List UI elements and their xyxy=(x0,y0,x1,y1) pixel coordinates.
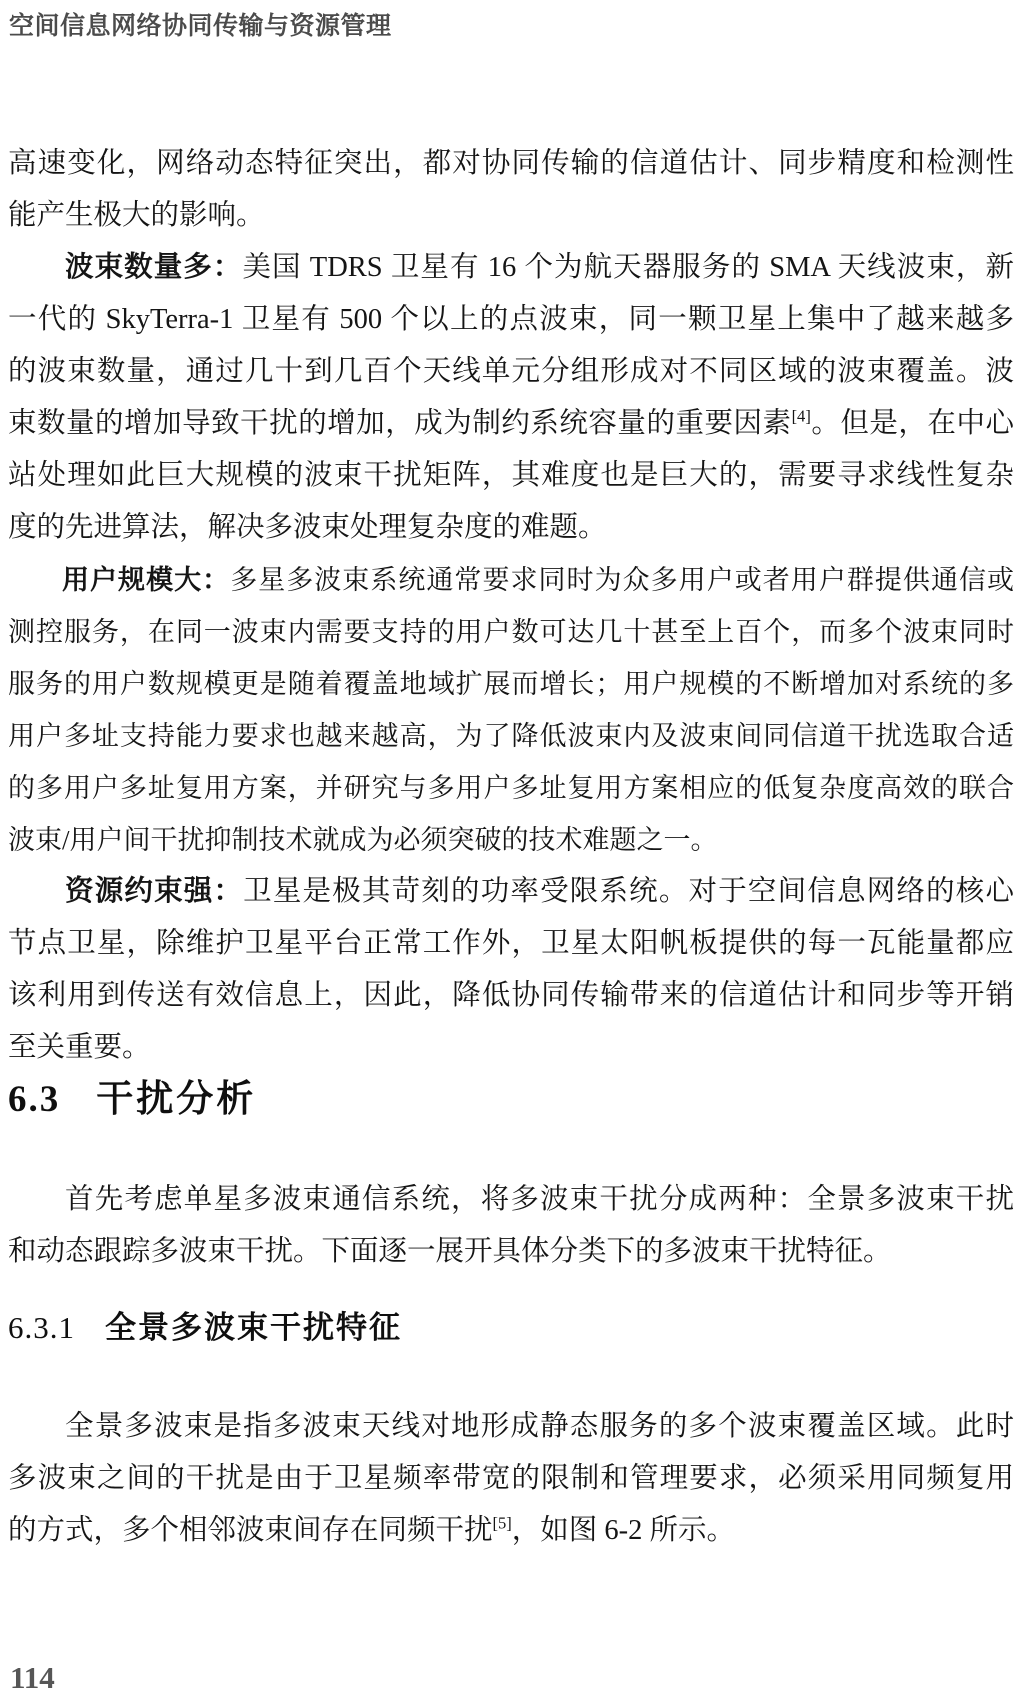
text-line: 服务的用户数规模更是随着覆盖地域扩展而增长；用户规模的不断增加对系统的多 xyxy=(8,658,1014,710)
paragraph-p3: 用户规模大：多星多波束系统通常要求同时为众多用户或者用户群提供通信或测控服务，在… xyxy=(8,554,1014,866)
text-segment: 节点卫星，除维护卫星平台正常工作外，卫星太阳帆板提供的每一瓦能量都应 xyxy=(8,928,1014,959)
page-number: 114 xyxy=(10,1660,55,1696)
text-line: 波束/用户间干扰抑制技术就成为必须突破的技术难题之一。 xyxy=(8,814,1014,866)
text-line: 的波束数量，通过几十到几百个天线单元分组形成对不同区域的波束覆盖。波 xyxy=(8,346,1014,398)
text-segment: 波束/用户间干扰抑制技术就成为必须突破的技术难题之一。 xyxy=(8,825,718,855)
text-line: 的方式，多个相邻波束间存在同频干扰[5]，如图 6-2 所示。 xyxy=(8,1505,1014,1557)
text-segment: 度的先进算法，解决多波束处理复杂度的难题。 xyxy=(8,512,607,543)
text-line: 至关重要。 xyxy=(8,1022,1014,1074)
citation-superscript: [5] xyxy=(493,1514,512,1533)
text-line: 全景多波束是指多波束天线对地形成静态服务的多个波束覆盖区域。此时 xyxy=(8,1401,1014,1453)
subsection-text-block: 全景多波束是指多波束天线对地形成静态服务的多个波束覆盖区域。此时多波束之间的干扰… xyxy=(8,1401,1014,1557)
paragraph-p2: 波束数量多：美国 TDRS 卫星有 16 个为航天器服务的 SMA 天线波束，新… xyxy=(8,242,1014,554)
text-segment: 高速变化，网络动态特征突出，都对协同传输的信道估计、同步精度和检测性 xyxy=(8,148,1014,179)
subsection-heading: 6.3.1全景多波束干扰特征 xyxy=(8,1306,1014,1350)
text-line: 高速变化，网络动态特征突出，都对协同传输的信道估计、同步精度和检测性 xyxy=(8,138,1014,190)
subsection-number: 6.3.1 xyxy=(8,1310,75,1345)
text-segment: ，如图 6-2 所示。 xyxy=(512,1515,735,1546)
text-line: 的多用户多址复用方案，并研究与多用户多址复用方案相应的低复杂度高效的联合 xyxy=(8,762,1014,814)
text-line: 一代的 SkyTerra-1 卫星有 500 个以上的点波束，同一颗卫星上集中了… xyxy=(8,294,1014,346)
text-segment: 多波束之间的干扰是由于卫星频率带宽的限制和管理要求，必须采用同频复用 xyxy=(8,1463,1014,1494)
text-segment: 首先考虑单星多波束通信系统，将多波束干扰分成两种：全景多波束干扰 xyxy=(65,1184,1014,1215)
bold-lead-in: 用户规模大： xyxy=(62,565,230,595)
text-segment: 的波束数量，通过几十到几百个天线单元分组形成对不同区域的波束覆盖。波 xyxy=(8,356,1014,387)
text-segment: 的多用户多址复用方案，并研究与多用户多址复用方案相应的低复杂度高效的联合 xyxy=(8,773,1014,803)
section-number: 6.3 xyxy=(8,1079,60,1120)
text-line: 站处理如此巨大规模的波束干扰矩阵，其难度也是巨大的，需要寻求线性复杂 xyxy=(8,450,1014,502)
text-segment: 站处理如此巨大规模的波束干扰矩阵，其难度也是巨大的，需要寻求线性复杂 xyxy=(8,460,1014,491)
text-segment: 用户多址支持能力要求也越来越高，为了降低波束内及波束间同信道干扰选取合适 xyxy=(8,721,1014,751)
text-segment: 全景多波束是指多波束天线对地形成静态服务的多个波束覆盖区域。此时 xyxy=(65,1411,1014,1442)
text-line: 该利用到传送有效信息上，因此，降低协同传输带来的信道估计和同步等开销 xyxy=(8,970,1014,1022)
text-line: 能产生极大的影响。 xyxy=(8,190,1014,242)
text-segment: 束数量的增加导致干扰的增加，成为制约系统容量的重要因素 xyxy=(8,408,792,439)
text-line: 多波束之间的干扰是由于卫星频率带宽的限制和管理要求，必须采用同频复用 xyxy=(8,1453,1014,1505)
text-segment: 卫星是极其苛刻的功率受限系统。对于空间信息网络的核心 xyxy=(243,876,1014,907)
text-segment: 和动态跟踪多波束干扰。下面逐一展开具体分类下的多波束干扰特征。 xyxy=(8,1236,892,1267)
citation-superscript: [4] xyxy=(792,407,811,426)
text-line: 波束数量多：美国 TDRS 卫星有 16 个为航天器服务的 SMA 天线波束，新 xyxy=(8,242,1014,294)
text-line: 资源约束强：卫星是极其苛刻的功率受限系统。对于空间信息网络的核心 xyxy=(8,866,1014,918)
text-segment: 一代的 SkyTerra-1 卫星有 500 个以上的点波束，同一颗卫星上集中了… xyxy=(8,304,1014,335)
text-segment: 美国 TDRS 卫星有 16 个为航天器服务的 SMA 天线波束，新 xyxy=(242,252,1014,283)
text-segment: 多星多波束系统通常要求同时为众多用户或者用户群提供通信或 xyxy=(230,565,1014,595)
text-segment: 至关重要。 xyxy=(8,1032,151,1063)
text-line: 用户规模大：多星多波束系统通常要求同时为众多用户或者用户群提供通信或 xyxy=(8,554,1014,606)
text-line: 用户多址支持能力要求也越来越高，为了降低波束内及波束间同信道干扰选取合适 xyxy=(8,710,1014,762)
section-title: 干扰分析 xyxy=(96,1079,256,1120)
text-segment: 的方式，多个相邻波束间存在同频干扰 xyxy=(8,1515,493,1546)
bold-lead-in: 资源约束强： xyxy=(65,876,243,907)
paragraph-p4: 资源约束强：卫星是极其苛刻的功率受限系统。对于空间信息网络的核心节点卫星，除维护… xyxy=(8,866,1014,1074)
subsection-title: 全景多波束干扰特征 xyxy=(105,1310,402,1345)
text-line: 和动态跟踪多波束干扰。下面逐一展开具体分类下的多波束干扰特征。 xyxy=(8,1226,1014,1278)
text-line: 束数量的增加导致干扰的增加，成为制约系统容量的重要因素[4]。但是，在中心 xyxy=(8,398,1014,450)
paragraph-p6: 全景多波束是指多波束天线对地形成静态服务的多个波束覆盖区域。此时多波束之间的干扰… xyxy=(8,1401,1014,1557)
text-line: 测控服务，在同一波束内需要支持的用户数可达几十甚至上百个，而多个波束同时 xyxy=(8,606,1014,658)
text-segment: 。但是，在中心 xyxy=(811,408,1014,439)
section-intro-block: 首先考虑单星多波束通信系统，将多波束干扰分成两种：全景多波束干扰和动态跟踪多波束… xyxy=(8,1174,1014,1278)
text-line: 度的先进算法，解决多波束处理复杂度的难题。 xyxy=(8,502,1014,554)
main-text-block: 高速变化，网络动态特征突出，都对协同传输的信道估计、同步精度和检测性能产生极大的… xyxy=(8,138,1014,1074)
paragraph-p1: 高速变化，网络动态特征突出，都对协同传输的信道估计、同步精度和检测性能产生极大的… xyxy=(8,138,1014,242)
text-line: 节点卫星，除维护卫星平台正常工作外，卫星太阳帆板提供的每一瓦能量都应 xyxy=(8,918,1014,970)
text-line: 首先考虑单星多波束通信系统，将多波束干扰分成两种：全景多波束干扰 xyxy=(8,1174,1014,1226)
bold-lead-in: 波束数量多： xyxy=(65,252,242,283)
text-segment: 测控服务，在同一波束内需要支持的用户数可达几十甚至上百个，而多个波束同时 xyxy=(8,617,1014,647)
text-segment: 能产生极大的影响。 xyxy=(8,200,265,231)
text-segment: 该利用到传送有效信息上，因此，降低协同传输带来的信道估计和同步等开销 xyxy=(8,980,1014,1011)
running-header: 空间信息网络协同传输与资源管理 xyxy=(9,11,392,41)
text-segment: 服务的用户数规模更是随着覆盖地域扩展而增长；用户规模的不断增加对系统的多 xyxy=(8,669,1014,699)
book-page: 空间信息网络协同传输与资源管理 高速变化，网络动态特征突出，都对协同传输的信道估… xyxy=(0,0,1025,1705)
paragraph-p5: 首先考虑单星多波束通信系统，将多波束干扰分成两种：全景多波束干扰和动态跟踪多波束… xyxy=(8,1174,1014,1278)
section-heading: 6.3干扰分析 xyxy=(8,1078,1014,1122)
